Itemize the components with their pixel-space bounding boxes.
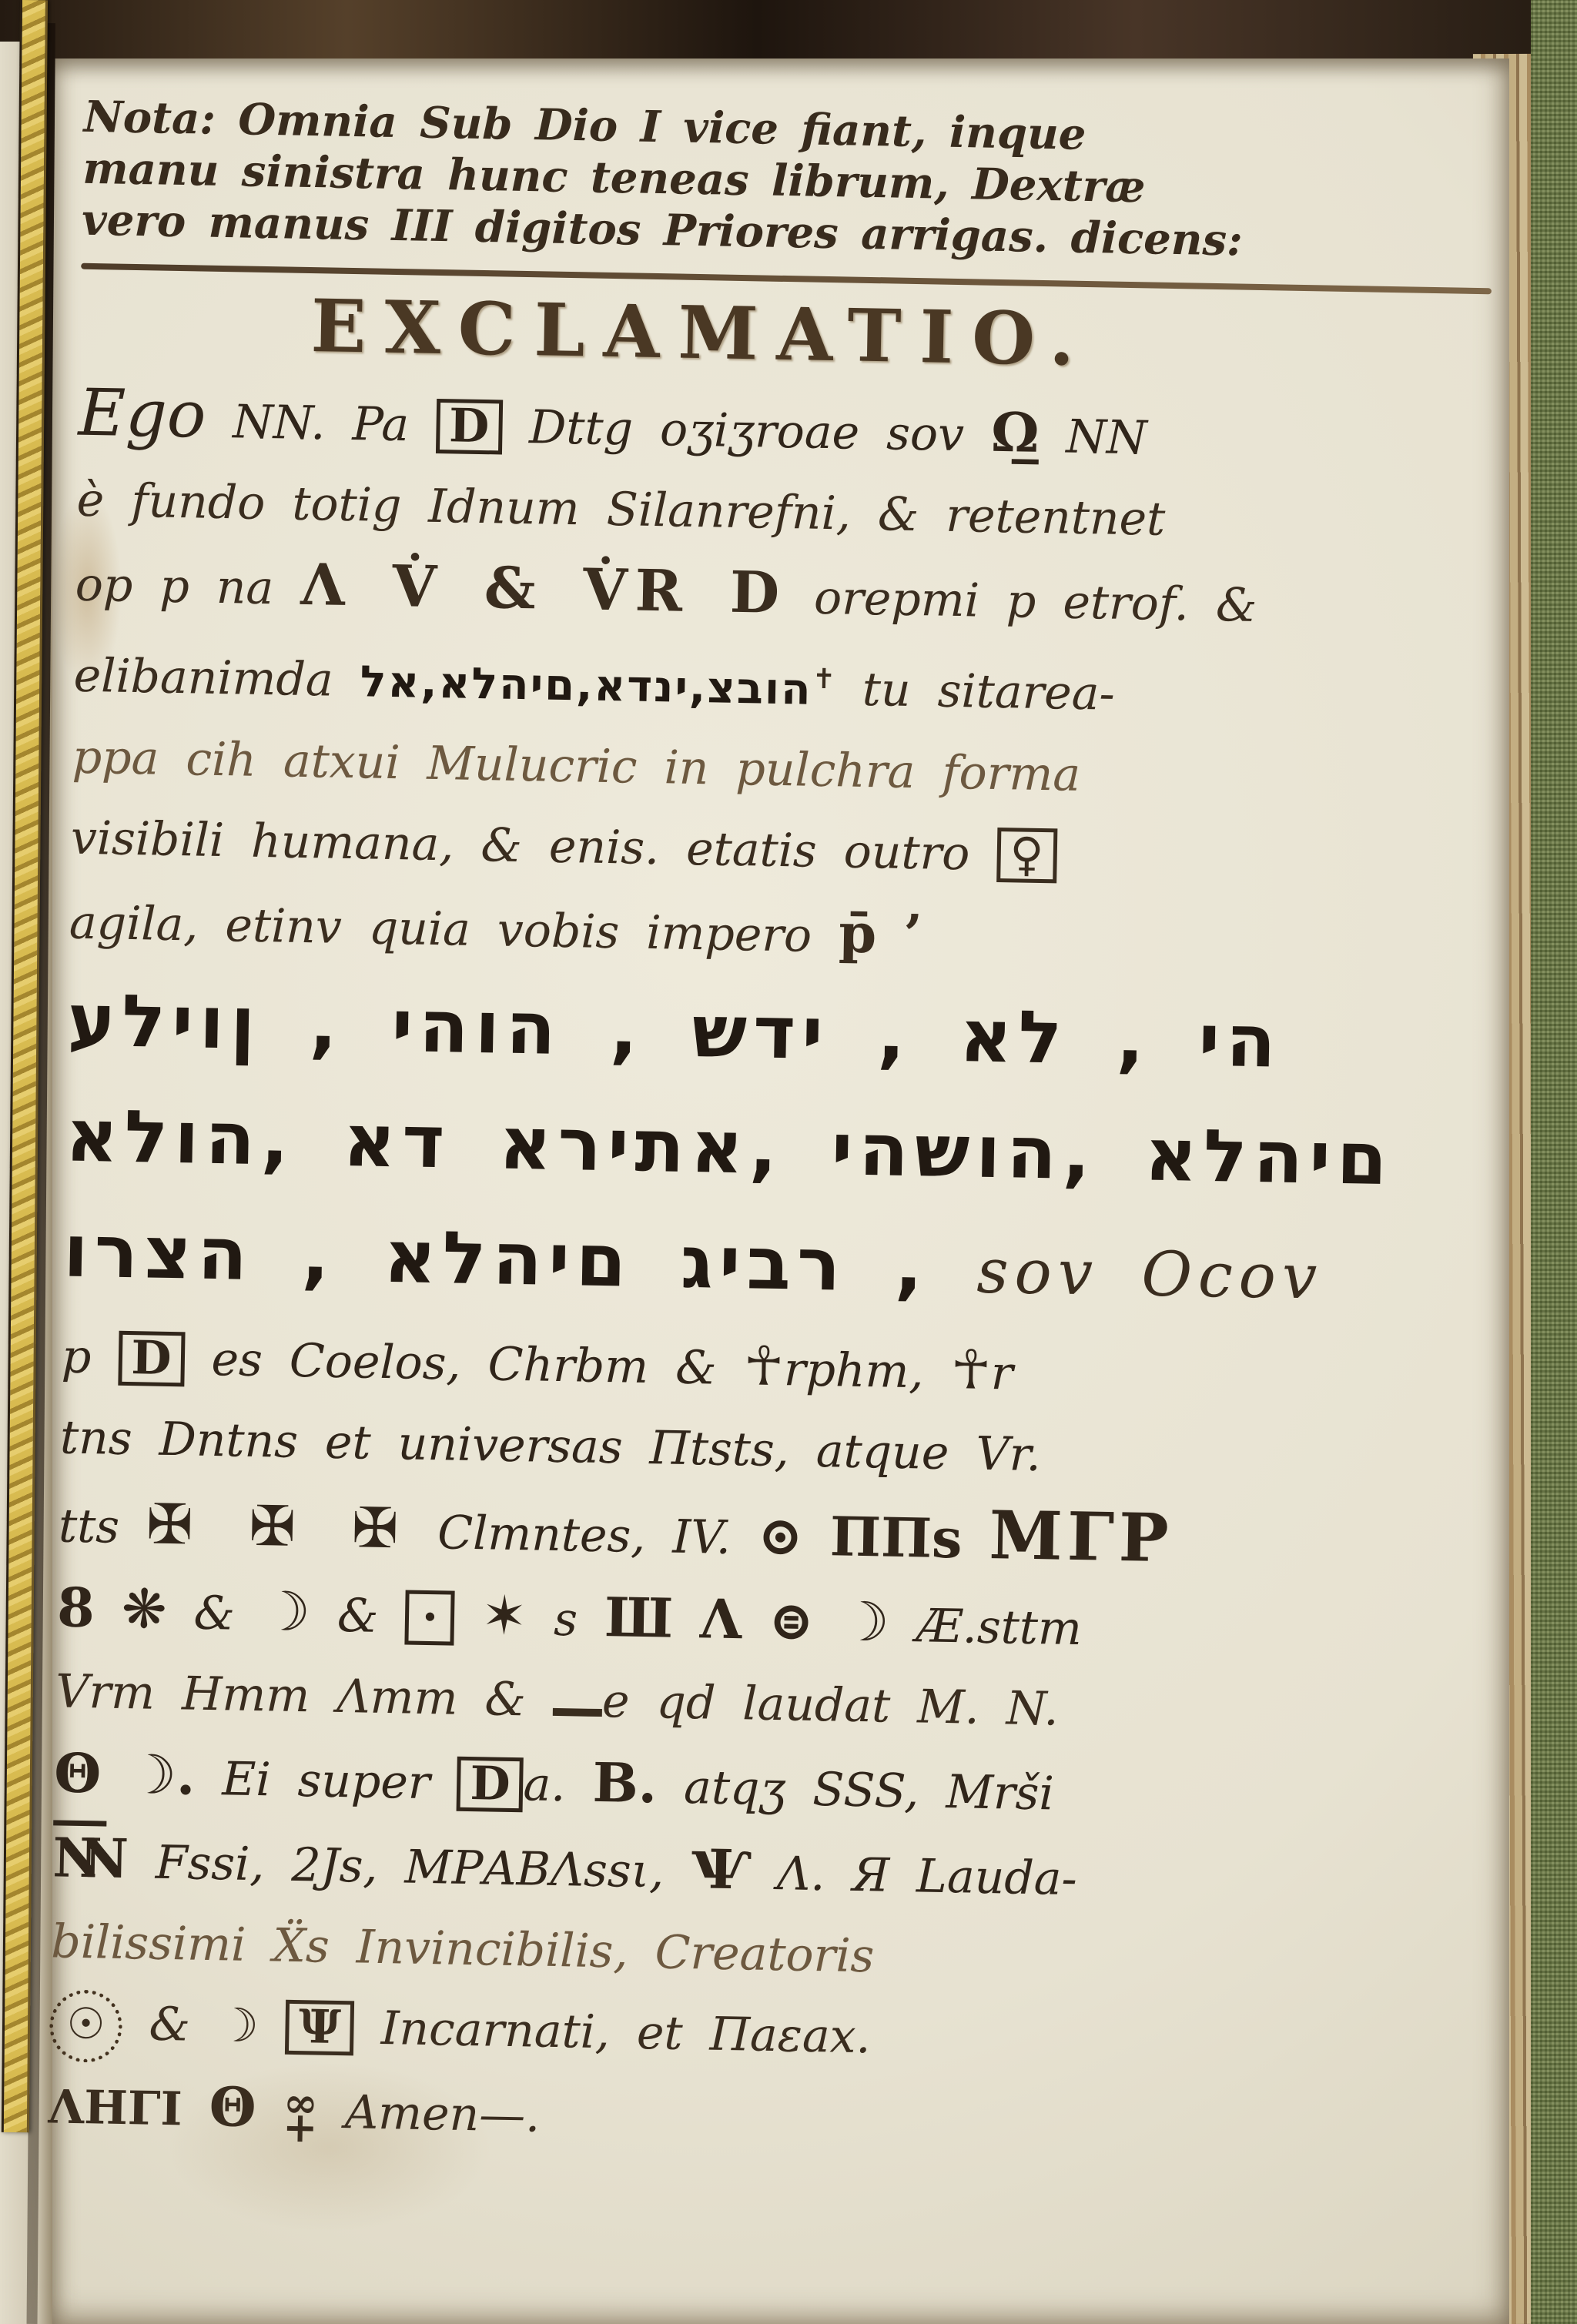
manuscript-text: Nota: Omnia Sub Dio I vice fiant, inque … bbox=[15, 59, 1542, 2174]
amen-text: Amen—. bbox=[344, 2085, 541, 2143]
greek-caps-ahgi: ΛΗΓΙ bbox=[48, 2080, 182, 2136]
crossed-p-sigil: p̄ bbox=[839, 901, 877, 965]
boxed-psi-seal: Ψ bbox=[285, 2000, 354, 2056]
line15-pre: Vrm Hmm Λmm & bbox=[55, 1664, 527, 1727]
cross-part: + bbox=[283, 2115, 318, 2140]
line11-mid: es Coelos, Chrbm & bbox=[211, 1333, 717, 1396]
line11-end: r bbox=[990, 1346, 1013, 1400]
letter-s: s bbox=[554, 1593, 578, 1647]
latin-vos-voco: sov Ocov bbox=[976, 1236, 1324, 1313]
line15-end: e qd laudat M. N. bbox=[601, 1674, 1059, 1737]
infinity-cross-sigil: ∞+ bbox=[283, 2090, 318, 2141]
circled-lines-sigil: ⊜ bbox=[768, 1588, 815, 1653]
ampersand: & bbox=[336, 1589, 379, 1644]
fancy-b-sigil: B. bbox=[592, 1751, 658, 1815]
line11-mid2: rphm, bbox=[783, 1343, 924, 1399]
hebrew-divine-names-small: לא,אלהים,אדני,צבוה bbox=[360, 657, 812, 714]
line16-end: atqʒ SSS, Mrši bbox=[684, 1761, 1055, 1821]
line6-text: visibili humana, & enis. etatis outro bbox=[70, 811, 970, 881]
boxed-venus-sigil: ♀ bbox=[996, 828, 1057, 884]
line13-mid: Clmntes, IV. bbox=[437, 1506, 732, 1565]
line1-end: NN bbox=[1066, 410, 1147, 466]
letter-sigils: Λ V̇ & V̇R D bbox=[300, 552, 788, 627]
maltese-cross-icons: ✠ ✠ ✠ bbox=[146, 1490, 411, 1560]
cross-icon: ✝ bbox=[812, 664, 836, 696]
lambda-sigil: Λ bbox=[699, 1587, 742, 1651]
boxed-d-sigil: D bbox=[457, 1757, 524, 1813]
line3-end: orepmi p etrof. & bbox=[813, 571, 1257, 633]
line7-text: agila, etinv quia vobis impero bbox=[69, 896, 812, 963]
theta-sigil: Θ bbox=[209, 2075, 256, 2139]
line17-end: Λ. Я Lauda- bbox=[777, 1847, 1078, 1906]
candelabrum-sigil: Ѱ bbox=[691, 1837, 751, 1901]
ampersand: & bbox=[193, 1587, 236, 1641]
line11-pre: p bbox=[61, 1329, 92, 1384]
crescent-moon-icon: ☽ bbox=[261, 1579, 310, 1644]
empty-box-sigil bbox=[553, 1708, 602, 1717]
boxed-d-sigil: D bbox=[118, 1331, 185, 1387]
crescent-moon-icon: ☽ bbox=[840, 1590, 889, 1654]
ego-initial: Ego bbox=[78, 375, 206, 453]
boxed-d-sigil: D bbox=[436, 399, 503, 455]
green-cloth-binding bbox=[1531, 0, 1577, 2324]
line19-end: Incarnati, et Πaεax. bbox=[380, 2001, 871, 2064]
line1-text: NN. Pa bbox=[233, 395, 410, 452]
pinwheel-sun-icon: ❋ bbox=[121, 1577, 167, 1641]
hebrew-elohim-gibor: ורצה , אלהים גיבר , bbox=[62, 1210, 929, 1309]
boxed-dot-sigil: · bbox=[405, 1590, 455, 1645]
line3-pre: op p na bbox=[75, 558, 274, 616]
sun-circle-sigil: ⊙ bbox=[757, 1503, 803, 1568]
dotted-sun-sigil: ☉ bbox=[49, 1990, 123, 2064]
figure-eight-sigil: 8 bbox=[56, 1575, 95, 1640]
line16-mid: Ei super bbox=[222, 1752, 430, 1810]
crescent-moon-icon: ☽. bbox=[128, 1742, 196, 1807]
ankh-sigil: ☥ bbox=[950, 1337, 992, 1402]
parchment-page: Nota: Omnia Sub Dio I vice fiant, inque … bbox=[52, 59, 1509, 2324]
omega-sigil: Ω̲ bbox=[990, 400, 1040, 465]
line1-cipher: Dttg oʒiʒroae sov bbox=[529, 400, 965, 462]
line14-end: Æ.sttm bbox=[916, 1599, 1082, 1656]
ankh-sigil: ☥ bbox=[743, 1333, 785, 1398]
nn-monogram: NN bbox=[52, 1825, 129, 1891]
line19-mid: & ☽ bbox=[149, 1998, 259, 2054]
six-point-star-icon: ✶ bbox=[481, 1583, 527, 1647]
theta-sigil: Θ bbox=[54, 1740, 102, 1805]
line4-pre: elibanimda bbox=[73, 649, 333, 707]
line16-after: a. bbox=[523, 1757, 566, 1812]
sha-trident-sigil: Ш bbox=[604, 1585, 673, 1650]
line4-end: tu sitarea- bbox=[862, 663, 1115, 721]
page-title: EXCLAMATIO. bbox=[79, 280, 1492, 390]
greek-caps-mgp: ΜΓΡ bbox=[989, 1496, 1174, 1577]
line17-mid: Fssi, 2Js, ΜΡΑΒΛssι, bbox=[155, 1836, 665, 1899]
manuscript-photo: Nota: Omnia Sub Dio I vice fiant, inque … bbox=[0, 0, 1577, 2324]
line13-pre: tts bbox=[58, 1499, 119, 1553]
heavy-comma-mark: ’ bbox=[903, 902, 923, 966]
double-pi-sigil: ΠΠs bbox=[829, 1504, 963, 1570]
